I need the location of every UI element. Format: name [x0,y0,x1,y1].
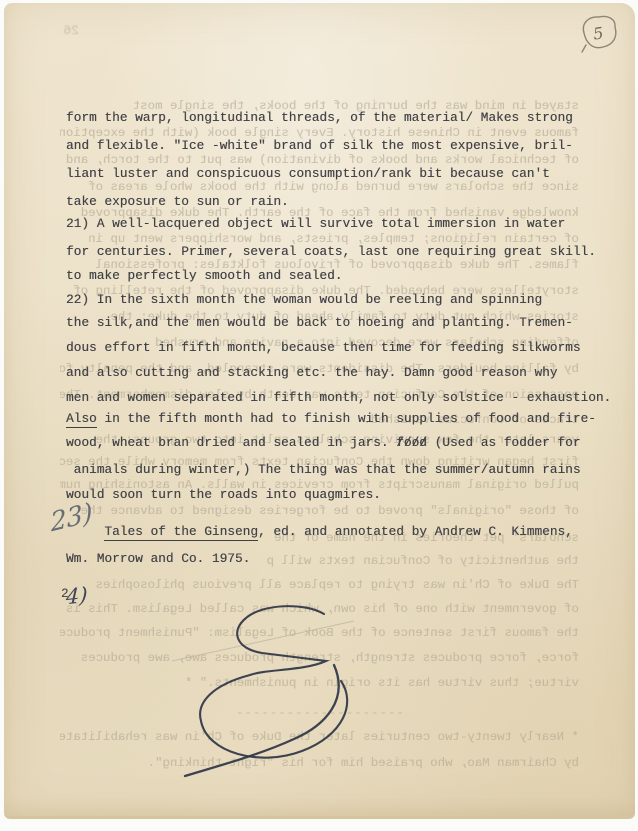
typed-line: animals during winter,) The thing was th… [66,461,627,478]
typed-line: would soon turn the roads into quagmires… [66,486,627,503]
typed-text: dous effort in fifth month, because then… [66,340,581,355]
item-24-handwritten-digit: 4) [65,583,87,609]
typed-text: form the warp, longitudinal threads, of … [66,110,573,125]
typed-text: animals during winter,) The thing was th… [66,462,581,477]
bleed-line: The Duke of Ch'in was trying to replace … [60,578,579,592]
typed-text: and flexible. "Ice -white" brand of silk… [66,138,573,153]
bleed-line: since the scholars were burned along wit… [60,180,579,194]
item-24-annotation: 24) [61,584,87,608]
typed-line: 22) In the sixth month the woman would b… [66,291,627,308]
typed-line: Wm. Morrow and Co. 1975. [66,550,627,567]
typed-text: would soon turn the roads into quagmires… [66,487,381,502]
typed-text: liant luster and conspicuous consumption… [66,166,550,181]
bleed-page-number: 26 [63,23,79,38]
typed-line: Tales of the Ginseng, ed. and annotated … [66,523,627,540]
typed-text: in the fifth month had to finish with su… [97,411,596,426]
typed-line: the silk,and the men would be back to ho… [66,314,627,331]
typed-text: men and women separated in fifth month, … [66,390,611,405]
typed-text: , ed. and annotated by Andrew C. Kimmens… [258,524,573,539]
scribble-tail-stroke [185,665,339,776]
typed-line: and flexible. "Ice -white" brand of silk… [66,137,627,154]
typed-line: men and women separated in fifth month, … [66,389,627,406]
typed-text: the silk,and the men would be back to ho… [66,315,573,330]
typed-text: 22) In the sixth month the woman would b… [66,292,542,307]
typed-text: for centuries. Primer, several coats, la… [66,244,596,259]
typed-text: and also cutting and stacking etc. the h… [66,365,557,380]
typed-text: Wm. Morrow and Co. 1975. [66,551,250,566]
typed-text: 21) A well-lacquered object will survive… [66,216,565,231]
typed-line: take exposure to sun or rain. [66,193,627,210]
scan-area: 26 stayed in mind was the burning of the… [0,0,638,831]
paper: 26 stayed in mind was the burning of the… [4,3,635,819]
typed-line: form the warp, longitudinal threads, of … [66,109,627,126]
overstrike-slashes: //// [396,434,427,451]
bleed-line: of those "originals" proved to be forger… [60,504,579,518]
struck-out-word: food//// [396,434,427,451]
typed-line: for centuries. Primer, several coats, la… [66,243,627,260]
typed-line: wood, wheat bran dried and sealed in jar… [66,434,627,451]
underlined-text: Tales of the Ginseng [104,524,258,541]
scribble-main-stroke [200,606,347,758]
typed-line: and also cutting and stacking etc. the h… [66,364,627,381]
typed-text: (Used as fodder for [427,435,581,450]
typed-line: 21) A well-lacquered object will survive… [66,215,627,232]
badge-number: 5 [592,23,605,43]
typed-line: liant luster and conspicuous consumption… [66,165,627,182]
page-number-badge: 5 [576,12,622,60]
pencil-stroke [172,621,354,661]
typed-text: to make perfectly smooth and sealed. [66,268,342,283]
handwritten-scribble [154,598,384,793]
typed-line: Also in the fifth month had to finish wi… [66,410,627,427]
underlined-text: Also [66,411,97,428]
typed-text: take exposure to sun or rain. [66,194,289,209]
typed-line: to make perfectly smooth and sealed. [66,267,627,284]
typed-text: wood, wheat bran dried and sealed in jar… [66,435,396,450]
typed-line: dous effort in fifth month, because then… [66,339,627,356]
